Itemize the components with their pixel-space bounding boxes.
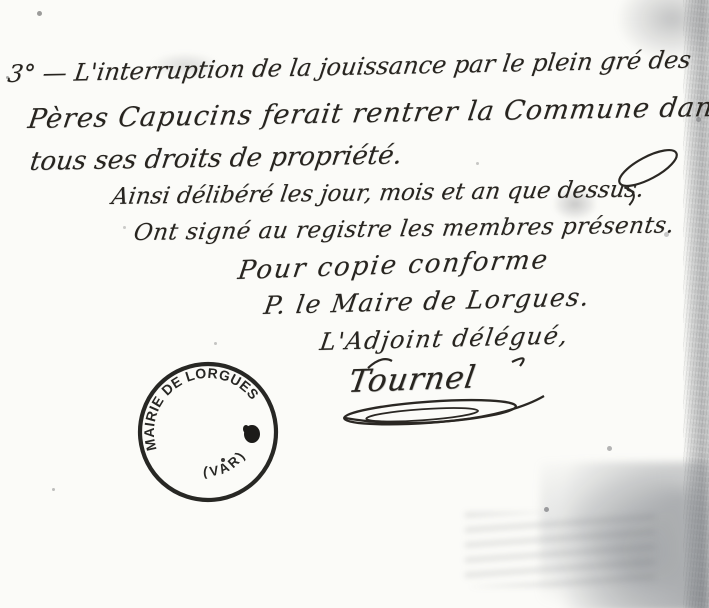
scan-smudge-bottom-right [540,462,709,608]
mairie-de-lorgues-stamp: MAIRIE DE LORGUES (VAR) [133,357,283,507]
stamp-text-top: MAIRIE DE LORGUES [133,357,264,456]
scanned-document-page: 3° — L'interruption de la jouissance par… [0,0,709,608]
handwritten-line-article-3: 3° — L'interruption de la jouissance par… [6,46,693,88]
paper-specks [0,0,3,3]
handwritten-line-adjoint: L'Adjoint délégué, [318,321,571,356]
flourish-capital-loop [600,138,700,208]
handwritten-line: Pères Capucins ferait rentrer la Commune… [26,92,709,135]
signature-flourish [318,352,568,434]
handwritten-line-deliberation: Ainsi délibéré les jour, mois et an que … [110,177,646,210]
svg-text:(VAR): (VAR) [197,444,252,486]
handwritten-line-copie-conforme: Pour copie conforme [236,245,551,286]
scan-streaks [465,512,655,587]
handwritten-line-maire: P. le Maire de Lorgues. [262,282,592,320]
svg-text:MAIRIE DE LORGUES: MAIRIE DE LORGUES [133,357,264,456]
stamp-center-dot [221,458,225,462]
handwritten-line-signatures: Ont signé au registre les membres présen… [132,212,676,246]
stamp-text-bottom: (VAR) [197,444,252,486]
handwritten-line: tous ses droits de propriété. [28,140,404,177]
